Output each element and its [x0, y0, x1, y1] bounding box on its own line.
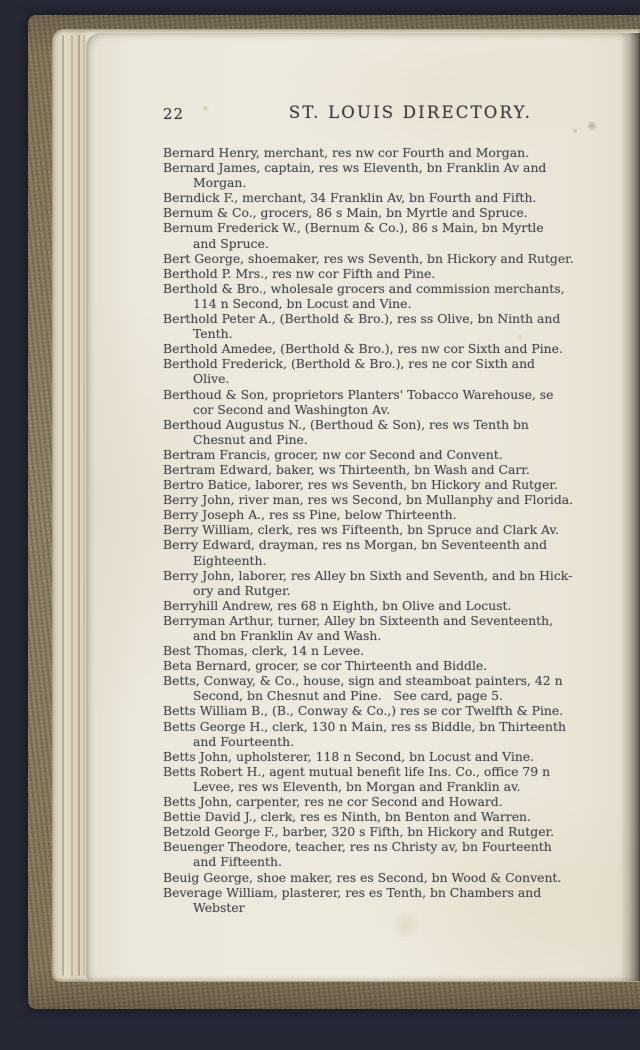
directory-entry-line: Tenth.: [193, 326, 625, 341]
directory-entry-line: Berry John, river man, res ws Second, bn…: [163, 492, 625, 507]
stain: [572, 128, 578, 134]
page-edge-line: [71, 35, 73, 976]
directory-page: 22 ST. LOUIS DIRECTORY. Bernard Henry, m…: [86, 33, 640, 981]
directory-entry-line: Eighteenth.: [193, 553, 625, 568]
directory-entry-line: Berryman Arthur, turner, Alley bn Sixtee…: [163, 613, 625, 628]
directory-entry-line: and Fifteenth.: [193, 854, 625, 869]
directory-entry-line: Bernum & Co., grocers, 86 s Main, bn Myr…: [163, 205, 625, 220]
directory-entry-line: Bernum Frederick W., (Bernum & Co.), 86 …: [163, 220, 625, 235]
directory-entry-line: Betts George H., clerk, 130 n Main, res …: [163, 719, 625, 734]
directory-entry-line: Bernard James, captain, res ws Eleventh,…: [163, 160, 625, 175]
directory-entry-line: and Fourteenth.: [193, 734, 625, 749]
directory-entry-line: and Spruce.: [193, 236, 625, 251]
directory-entry-line: Berryhill Andrew, res 68 n Eighth, bn Ol…: [163, 598, 625, 613]
directory-entry-line: Berthoud & Son, proprietors Planters' To…: [163, 387, 625, 402]
directory-entry-line: Betts John, upholsterer, 118 n Second, b…: [163, 749, 625, 764]
page-header: 22 ST. LOUIS DIRECTORY.: [163, 103, 618, 127]
directory-entry-line: cor Second and Washington Av.: [193, 402, 625, 417]
directory-entry-line: Berthoud Augustus N., (Berthoud & Son), …: [163, 417, 625, 432]
stain: [386, 913, 426, 937]
directory-entry-line: Beuig George, shoe maker, res es Second,…: [163, 870, 625, 885]
directory-entry-line: Berthold Amedee, (Berthold & Bro.), res …: [163, 341, 625, 356]
directory-entry-line: Berry Edward, drayman, res ns Morgan, bn…: [163, 537, 625, 552]
directory-entry-line: Beverage William, plasterer, res es Tent…: [163, 885, 625, 900]
directory-entry-line: Bert George, shoemaker, res ws Seventh, …: [163, 251, 625, 266]
directory-entry-line: Best Thomas, clerk, 14 n Levee.: [163, 643, 625, 658]
directory-entry-line: Betts John, carpenter, res ne cor Second…: [163, 794, 625, 809]
directory-entry-line: Morgan.: [193, 175, 625, 190]
directory-entry-line: Betzold George F., barber, 320 s Fifth, …: [163, 824, 625, 839]
directory-entry-line: 114 n Second, bn Locust and Vine.: [193, 296, 625, 311]
directory-entry-line: Berthold Peter A., (Berthold & Bro.), re…: [163, 311, 625, 326]
directory-entry-line: Berthold P. Mrs., res nw cor Fifth and P…: [163, 266, 625, 281]
directory-entry-line: ory and Rutger.: [193, 583, 625, 598]
directory-entry-line: Bertram Francis, grocer, nw cor Second a…: [163, 447, 625, 462]
directory-entry-line: Berthold & Bro., wholesale grocers and c…: [163, 281, 625, 296]
page-number: 22: [163, 105, 184, 123]
page-gutter-shadow: [620, 33, 640, 981]
directory-entry-line: Berthold Frederick, (Berthold & Bro.), r…: [163, 356, 625, 371]
directory-entry-line: Berry John, laborer, res Alley bn Sixth …: [163, 568, 625, 583]
directory-entries: Bernard Henry, merchant, res nw cor Four…: [163, 145, 625, 915]
directory-entry-line: Beuenger Theodore, teacher, res ns Chris…: [163, 839, 625, 854]
directory-entry-line: Bertro Batice, laborer, res ws Seventh, …: [163, 477, 625, 492]
directory-entry-line: Webster: [193, 900, 625, 915]
directory-entry-line: Berndick F., merchant, 34 Franklin Av, b…: [163, 190, 625, 205]
directory-entry-line: Bernard Henry, merchant, res nw cor Four…: [163, 145, 625, 160]
directory-entry-line: Bettie David J., clerk, res es Ninth, bn…: [163, 809, 625, 824]
page-title: ST. LOUIS DIRECTORY.: [203, 103, 618, 122]
directory-entry-line: Beta Bernard, grocer, se cor Thirteenth …: [163, 658, 625, 673]
directory-entry-line: Betts William B., (B., Conway & Co.,) re…: [163, 703, 625, 718]
directory-entry-line: Second, bn Chesnut and Pine. See card, p…: [193, 688, 625, 703]
directory-entry-line: Berry Joseph A., res ss Pine, below Thir…: [163, 507, 625, 522]
directory-entry-line: and bn Franklin Av and Wash.: [193, 628, 625, 643]
directory-entry-line: Berry William, clerk, res ws Fifteenth, …: [163, 522, 625, 537]
directory-entry-line: Betts Robert H., agent mutual benefit li…: [163, 764, 625, 779]
page-edge-line: [83, 35, 85, 976]
directory-entry-line: Olive.: [193, 371, 625, 386]
directory-entry-line: Chesnut and Pine.: [193, 432, 625, 447]
page-edge-line: [78, 35, 80, 976]
directory-entry-line: Bertram Edward, baker, ws Thirteenth, bn…: [163, 462, 625, 477]
directory-entry-line: Levee, res ws Eleventh, bn Morgan and Fr…: [193, 779, 625, 794]
page-edge-line: [62, 35, 64, 976]
directory-entry-line: Betts, Conway, & Co., house, sign and st…: [163, 673, 625, 688]
